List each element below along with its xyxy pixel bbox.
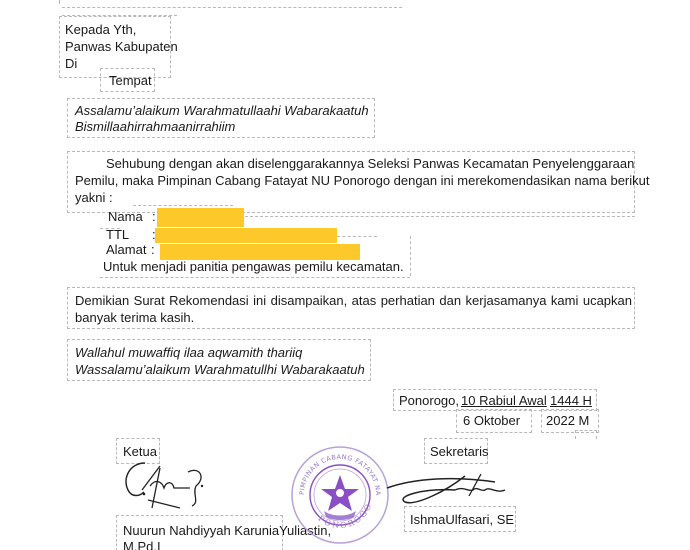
- address-line-1: Kepada Yth,: [65, 21, 136, 38]
- greeting-salam: Assalamu’alaikum Warahmatullaahi Wabarak…: [75, 102, 369, 119]
- secretary-name-box: IshmaUlfasari, SE: [404, 506, 516, 532]
- purpose-text: Untuk menjadi panitia pengawas pemilu ke…: [103, 258, 404, 275]
- address-line-2: Panwas Kabupaten: [65, 38, 178, 55]
- field-alamat-label: Alamat: [106, 241, 146, 258]
- closing-line-2: banyak terima kasih.: [75, 309, 194, 326]
- body-line-2: Pemilu, maka Pimpinan Cabang Fatayat NU …: [75, 172, 632, 189]
- guide-line: [100, 277, 410, 278]
- redaction-alamat: [160, 244, 360, 260]
- closing-doa: Wallahul muwaffiq ilaa aqwamith thariiq: [75, 344, 302, 361]
- closing-line-1: Demikian Surat Rekomendasi ini disampaik…: [75, 292, 632, 309]
- field-nama-label: Nama: [108, 208, 143, 225]
- body-paragraph-block: Sehubung dengan akan diselenggarakannya …: [67, 151, 635, 213]
- date-gregorian-day-box: 6 Oktober: [456, 409, 532, 433]
- chair-signature: [120, 458, 220, 513]
- field-alamat-separator: :: [151, 241, 155, 258]
- field-nama-separator: :: [152, 208, 156, 225]
- address-place: Tempat: [109, 72, 152, 89]
- doa-block: Wallahul muwaffiq ilaa aqwamith thariiq …: [67, 339, 371, 381]
- chair-name-box: Nuurun Nahdiyyah KaruniaYuliastin, M.Pd.…: [116, 515, 283, 550]
- date-gregorian-year: 2022 M: [546, 412, 589, 429]
- secretary-name: IshmaUlfasari, SE: [410, 511, 514, 528]
- field-nama: Nama : I: [102, 207, 402, 227]
- date-hijri-year: 1444 H: [550, 392, 592, 409]
- secretary-title-box: Sekretaris: [424, 438, 488, 464]
- greeting-basmalah: Bismillaahirrahmaanirrahiim: [75, 118, 235, 135]
- guide-line: [100, 228, 120, 229]
- guide-line: [59, 0, 60, 4]
- date-hijri-day-month: 10 Rabiul Awal: [461, 392, 547, 409]
- organization-stamp: PIMPINAN CABANG FATAYAT NAHDLATUL ULAMA …: [288, 443, 392, 547]
- chair-degree: M.Pd.I: [123, 538, 161, 550]
- greeting-block: Assalamu’alaikum Warahmatullaahi Wabarak…: [67, 98, 375, 138]
- address-line-3: Di: [65, 55, 77, 72]
- body-line-1: Sehubung dengan akan diselenggarakannya …: [106, 155, 632, 172]
- guide-line: [575, 430, 597, 439]
- guide-line: [62, 7, 402, 8]
- guide-line: [245, 216, 635, 217]
- closing-salam: Wassalamu’alaikum Warahmatullhi Wabaraka…: [75, 361, 365, 378]
- place-box: Tempat: [100, 68, 155, 92]
- date-hijri-block: Ponorogo, 10 Rabiul Awal 1444 H: [393, 389, 597, 411]
- guide-line: [133, 205, 233, 206]
- date-gregorian-day-month: 6 Oktober: [463, 412, 520, 429]
- body-line-3: yakni :: [75, 189, 113, 206]
- secretary-title: Sekretaris: [430, 443, 489, 460]
- closing-paragraph-block: Demikian Surat Rekomendasi ini disampaik…: [67, 287, 635, 329]
- date-city: Ponorogo,: [399, 392, 459, 409]
